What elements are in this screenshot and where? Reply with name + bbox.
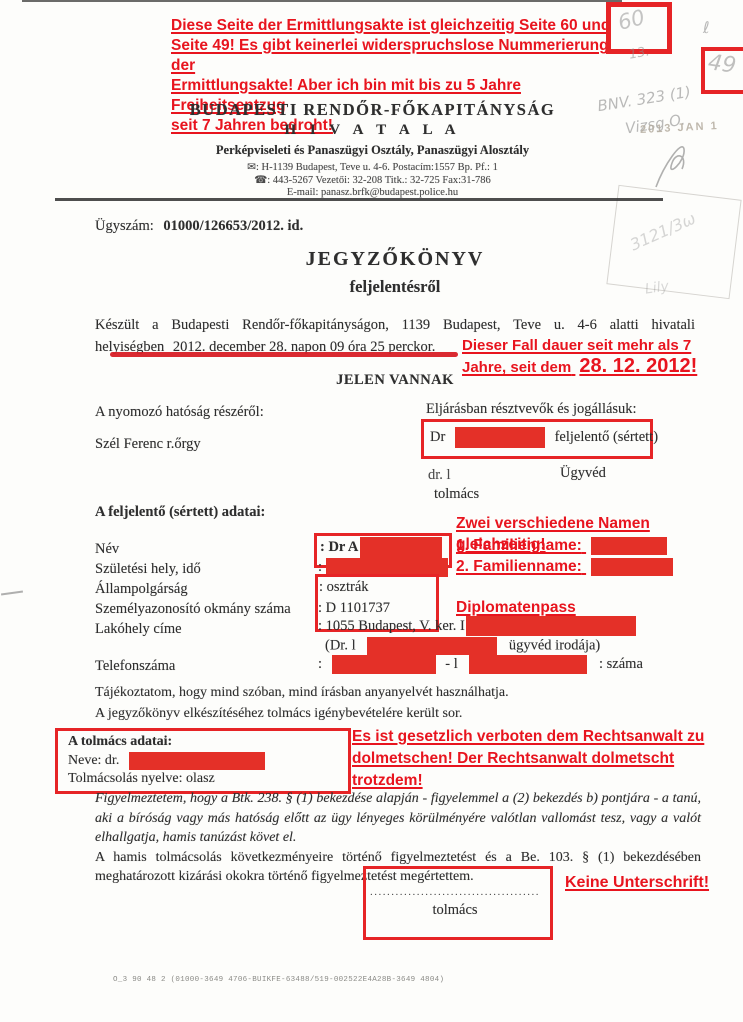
signature-area: ........................................…	[370, 886, 540, 919]
info-paragraph: Tájékoztatom, hogy mind szóban, mind írá…	[95, 682, 705, 724]
id-value: : D 1101737	[318, 600, 390, 617]
complainant-prefix: Dr	[430, 429, 445, 445]
field-label-phone: Telefonszáma	[95, 658, 175, 675]
investigator-name: Szél Ferenc r.őrgy	[95, 436, 201, 453]
interpreter-name-row: Neve: dr.	[68, 752, 265, 770]
annotation-interpreter-line2: dolmetschen! Der Rechtsanwalt dolmetscht…	[352, 748, 743, 792]
handwritten-lead-mark: ℓ	[703, 18, 710, 37]
phone-colon: :	[318, 656, 322, 672]
interpreter-title: A tolmács adatai:	[68, 734, 172, 750]
annotation-name2: 2. Familienname:	[456, 556, 673, 577]
complainant-row: Dr feljelentő (sértett)	[430, 427, 658, 448]
name-redaction	[360, 537, 442, 558]
annotation-interpreter: Es ist gesetzlich verboten dem Rechtsanw…	[352, 726, 743, 792]
name-value-prefix: : Dr A	[320, 539, 358, 556]
participants-title: Eljárásban résztvevők és jogállásuk:	[426, 401, 637, 418]
address-line2-redaction	[367, 637, 497, 655]
annotation-no-signature: Keine Unterschrift!	[565, 872, 709, 893]
handwritten-page-mark: 13.	[628, 44, 651, 62]
case-number-line: Ügyszám: 01000/126653/2012. id.	[95, 218, 303, 235]
handwritten-49: 49	[706, 50, 737, 79]
phone-row: : - l : száma	[318, 655, 643, 674]
document-title-block: JEGYZŐKÖNYV feljelentésről	[95, 248, 695, 297]
complainant-name-redaction	[455, 427, 545, 448]
org-address-line: ✉: H-1139 Budapest, Teve u. 4-6. Postací…	[100, 161, 645, 173]
annotation-name2-label: 2. Familienname:	[456, 558, 582, 575]
annotation-passport: Diplomatenpass	[456, 597, 576, 618]
signature-dotted-line: ........................................…	[370, 886, 540, 898]
annotation-name1: 1. Familienname:	[456, 535, 667, 556]
case-number-value: 01000/126653/2012. id.	[163, 218, 303, 234]
phone-mid: - l	[445, 656, 457, 672]
interpreter-role: tolmács	[434, 486, 479, 503]
address-redaction	[466, 616, 636, 636]
mail-icon: ✉	[247, 162, 256, 173]
annotation-top-line: Diese Seite der Ermittlungsakte ist glei…	[171, 16, 631, 36]
phone-redaction-2	[469, 655, 587, 674]
annotation-name2-redaction	[591, 558, 673, 576]
present-heading: JELEN VANNAK	[95, 372, 695, 389]
complainant-role: feljelentő (sértett)	[555, 429, 658, 445]
org-phone-line: ☎: 443-5267 Vezetői: 32-208 Titk.: 32-72…	[100, 174, 645, 186]
interpreter-language: Tolmácsolás nyelve: olasz	[68, 771, 215, 787]
address-line2: (Dr. l ügyvéd irodája)	[325, 637, 600, 655]
org-email: E-mail: panasz.brfk@budapest.police.hu	[100, 187, 645, 198]
margin-pencil-dash	[1, 590, 23, 595]
field-label-id-number: Személyazonosító okmány száma	[95, 601, 291, 618]
annotation-date-line1: Dieser Fall dauer seit mehr als 7	[462, 336, 697, 356]
org-office: H I V A T A L A	[100, 122, 645, 139]
interpreter-name-redaction	[129, 752, 265, 770]
annotation-interpreter-line1: Es ist gesetzlich verboten dem Rechtsanw…	[352, 726, 743, 748]
interpreter-name-label: Neve: dr.	[68, 753, 119, 768]
address-line2-prefix: (Dr. l	[325, 637, 356, 653]
field-label-birth: Születési hely, idő	[95, 561, 201, 578]
phone-redaction-1	[332, 655, 436, 674]
document-title: JEGYZŐKÖNYV	[95, 248, 695, 271]
phone-suffix: : száma	[599, 656, 643, 672]
info-line1: Tájékoztatom, hogy mind szóban, mind írá…	[95, 682, 705, 703]
scan-top-edge	[22, 0, 622, 2]
info-line2: A jegyzőkönyv elkészítéséhez tolmács igé…	[95, 703, 705, 724]
letterhead-rule	[55, 198, 663, 201]
document-subtitle: feljelentésről	[95, 277, 695, 297]
org-name: BUDAPESTI RENDŐR-FŐKAPITÁNYSÁG	[100, 100, 645, 120]
case-number-label: Ügyszám:	[95, 218, 154, 234]
annotation-top-line: Seite 49! Es gibt keinerlei widerspruchs…	[171, 36, 631, 76]
lawyer-role: Ügyvéd	[560, 465, 606, 482]
victim-section-title: A feljelentő (sértett) adatai:	[95, 504, 265, 521]
citizenship-value: : osztrák	[319, 579, 369, 596]
lawyer-prefix: dr. l	[428, 467, 451, 484]
scanned-police-report-page: Diese Seite der Ermittlungsakte ist glei…	[0, 0, 743, 1022]
org-address: : H-1139 Budapest, Teve u. 4-6. Postacím…	[256, 162, 498, 173]
address-value: : 1055 Budapest, V. ker. I	[318, 618, 465, 635]
org-phones: : 443-5267 Vezetői: 32-208 Titk.: 32-725…	[267, 175, 491, 186]
org-department: Perképviseleti és Panaszügyi Osztály, Pa…	[100, 143, 645, 158]
field-label-name: Név	[95, 541, 119, 558]
field-label-citizenship: Állampolgárság	[95, 581, 188, 598]
red-date-underline	[110, 352, 458, 357]
footer-code: O_3 90 48 2 (01000-3649 4706-BUIKFE-6348…	[113, 976, 444, 984]
letterhead: BUDAPESTI RENDŐR-FŐKAPITÁNYSÁG H I V A T…	[100, 100, 645, 198]
authority-title: A nyomozó hatóság részéről:	[95, 404, 264, 421]
annotation-name1-label: 1. Familienname:	[456, 537, 582, 554]
phone-icon: ☎	[254, 175, 267, 186]
signature-scribble	[642, 135, 702, 193]
address-line2-suffix: ügyvéd irodája)	[509, 637, 600, 653]
annotation-name1-redaction	[591, 537, 667, 555]
signature-role-label: tolmács	[370, 902, 540, 919]
intro-line1: Készült a Budapesti Rendőr-főkapitányság…	[95, 314, 695, 336]
warning-italic: Figyelmeztetem, hogy a Btk. 238. § (1) b…	[95, 789, 701, 848]
field-label-address: Lakóhely címe	[95, 621, 182, 638]
